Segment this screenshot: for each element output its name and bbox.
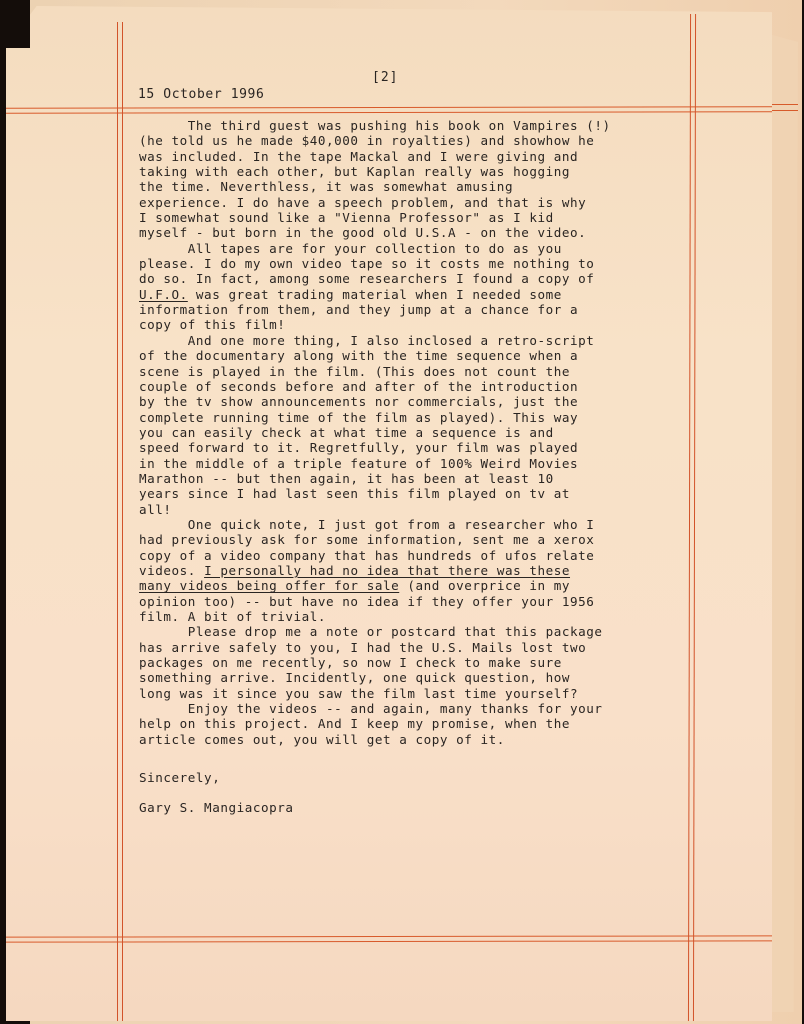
text-line: And one more thing, I also inclosed a re… xyxy=(139,333,679,348)
text-line: The third guest was pushing his book on … xyxy=(139,118,679,133)
text-line: you can easily check at what time a sequ… xyxy=(139,425,679,440)
background-shadow xyxy=(0,0,30,48)
closing-salutation: Sincerely, xyxy=(139,770,220,785)
footer-rule xyxy=(6,935,792,942)
letter-body: The third guest was pushing his book on … xyxy=(139,118,679,747)
text-line: has arrive safely to you, I had the U.S.… xyxy=(139,640,679,655)
text-line: Please drop me a note or postcard that t… xyxy=(139,624,679,639)
text-line: please. I do my own video tape so it cos… xyxy=(139,256,679,271)
text-line: All tapes are for your collection to do … xyxy=(139,241,679,256)
text-line: couple of seconds before and after of th… xyxy=(139,379,679,394)
text-line: all! xyxy=(139,502,679,517)
text-line: help on this project. And I keep my prom… xyxy=(139,716,679,731)
text-line: scene is played in the film. (This does … xyxy=(139,364,679,379)
text-line: experience. I do have a speech problem, … xyxy=(139,195,679,210)
text-line: Marathon -- but then again, it has been … xyxy=(139,471,679,486)
text-line: One quick note, I just got from a resear… xyxy=(139,517,679,532)
page-number: [2] xyxy=(372,70,398,85)
text-line: U.F.O. was great trading material when I… xyxy=(139,287,679,302)
text-line: had previously ask for some information,… xyxy=(139,532,679,547)
underlying-page-rule xyxy=(770,104,798,111)
text-line: years since I had last seen this film pl… xyxy=(139,486,679,501)
text-line: myself - but born in the good old U.S.A … xyxy=(139,225,679,240)
text-line: taking with each other, but Kaplan reall… xyxy=(139,164,679,179)
text-line: long was it since you saw the film last … xyxy=(139,686,679,701)
letter-date: 15 October 1996 xyxy=(138,87,264,102)
text-line: do so. In fact, among some researchers I… xyxy=(139,271,679,286)
text-line: speed forward to it. Regretfully, your f… xyxy=(139,440,679,455)
left-margin-rule xyxy=(117,22,123,1024)
letter-page: [2] 15 October 1996 The third guest was … xyxy=(6,6,772,1021)
text-line: something arrive. Incidently, one quick … xyxy=(139,670,679,685)
text-line: complete running time of the film as pla… xyxy=(139,410,679,425)
text-line: many videos being offer for sale (and ov… xyxy=(139,578,679,593)
text-line: opinion too) -- but have no idea if they… xyxy=(139,594,679,609)
right-margin-rule xyxy=(688,14,696,1024)
signer-name: Gary S. Mangiacopra xyxy=(139,800,294,815)
text-line: videos. I personally had no idea that th… xyxy=(139,563,679,578)
text-line: I somewhat sound like a "Vienna Professo… xyxy=(139,210,679,225)
text-line: by the tv show announcements nor commerc… xyxy=(139,394,679,409)
underlined-text: U.F.O. xyxy=(139,287,188,302)
text-line: (he told us he made $40,000 in royalties… xyxy=(139,133,679,148)
text-line: the time. Neverthless, it was somewhat a… xyxy=(139,179,679,194)
text-line: in the middle of a triple feature of 100… xyxy=(139,456,679,471)
text-line: packages on me recently, so now I check … xyxy=(139,655,679,670)
text-line: of the documentary along with the time s… xyxy=(139,348,679,363)
underlined-text: many videos being offer for sale xyxy=(139,578,399,593)
text-line: Enjoy the videos -- and again, many than… xyxy=(139,701,679,716)
text-line: information from them, and they jump at … xyxy=(139,302,679,317)
text-line: was included. In the tape Mackal and I w… xyxy=(139,149,679,164)
text-line: film. A bit of trivial. xyxy=(139,609,679,624)
text-line: copy of a video company that has hundred… xyxy=(139,548,679,563)
underlined-text: I personally had no idea that there was … xyxy=(204,563,570,578)
text-line: article comes out, you will get a copy o… xyxy=(139,732,679,747)
text-line: copy of this film! xyxy=(139,317,679,332)
